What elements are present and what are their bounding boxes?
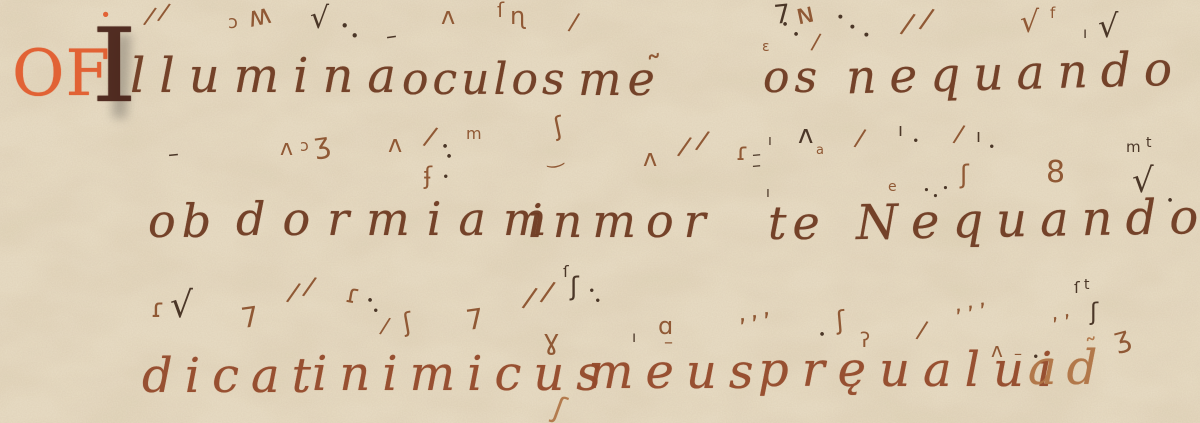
neume-glyph: ∕	[378, 315, 391, 338]
neume-glyph: ʌ	[388, 132, 402, 156]
text-word-llumina: llumina	[130, 52, 410, 100]
neume-glyph: ſ	[1074, 280, 1080, 296]
neume-glyph: 8	[1046, 158, 1065, 188]
neume-glyph: ’	[1051, 316, 1062, 339]
neume-glyph: √	[1098, 10, 1118, 42]
neume-glyph: ’	[954, 305, 966, 330]
neume-glyph: a	[816, 144, 824, 157]
text-word-oculos: oculos	[402, 58, 569, 102]
neume-glyph: √	[310, 4, 329, 34]
neume-glyph: ʃ	[835, 308, 846, 335]
neume-glyph: ı	[976, 128, 981, 146]
neume-glyph: ’	[966, 302, 978, 327]
neume-glyph: √	[170, 288, 193, 324]
neume-glyph: ∙	[442, 170, 450, 182]
neume-glyph: ∙	[848, 20, 857, 34]
neume-glyph: ∕	[521, 283, 539, 313]
neume-glyph: ſ	[563, 264, 569, 280]
neume-glyph: ∕	[952, 121, 966, 146]
neume-glyph: √	[1020, 8, 1039, 38]
neume-glyph: ∙	[792, 28, 800, 41]
neume-glyph: ɔ	[300, 138, 309, 154]
neume-glyph: 7	[239, 303, 261, 333]
neume-glyph: ∕	[918, 4, 936, 34]
neume-glyph: ∙	[340, 18, 349, 33]
text-word-dormiam: dormiam	[236, 196, 564, 242]
neume-glyph: ∕	[915, 317, 929, 342]
neume-glyph: ı	[768, 134, 772, 148]
neume-glyph: ∙	[862, 28, 871, 42]
text-word-Nequando: Nequando	[856, 193, 1200, 247]
neume-glyph: ’	[749, 312, 762, 339]
neume-glyph: ɴ	[793, 0, 816, 30]
neume-glyph: ʒ	[1111, 322, 1134, 353]
neume-glyph: t	[1084, 278, 1090, 292]
text-word-os: os	[763, 56, 822, 100]
neume-glyph: ∕	[285, 279, 301, 306]
neume-glyph: ı	[1083, 26, 1087, 41]
text-word-ob: ob	[148, 198, 217, 244]
neume-glyph: f	[1050, 6, 1055, 21]
neume-glyph: e	[888, 180, 897, 194]
neume-glyph: ’	[978, 299, 990, 324]
neume-glyph: ʌ	[798, 122, 813, 148]
neume-glyph: m	[1126, 140, 1141, 155]
neume-glyph: ’	[761, 309, 774, 336]
neume-glyph: 7	[464, 305, 486, 335]
neume-glyph: ∕	[539, 277, 557, 307]
neume-glyph: ʃ	[570, 274, 579, 300]
text-word-inimicus: inimicus	[312, 350, 613, 398]
neume-glyph: ∙	[445, 150, 453, 163]
text-word-prualui: pręualui	[758, 346, 1065, 394]
neume-glyph: ∙	[942, 182, 949, 193]
text-word-nequando: nequando	[845, 46, 1185, 102]
neume-glyph: –	[385, 25, 399, 48]
neume-glyph: ∕	[694, 127, 710, 154]
neume-glyph: ∙	[372, 304, 380, 316]
neume-glyph: ʌ	[280, 138, 293, 160]
text-word-meus: meus	[588, 348, 765, 396]
neume-glyph: ∕	[422, 123, 439, 150]
neume-glyph: –	[751, 157, 762, 176]
neume-glyph: ∙	[988, 140, 996, 152]
manuscript-page: ∕∕ɔʍ√∙∙–ʌſɳ∕7ɴ∙∙∙ɛ∙∙∕∕∕√fı√∙˜–ʌɔʒʌ∕∙∙ʄ∙m…	[0, 0, 1200, 423]
neume-glyph: ʒ	[312, 129, 332, 159]
text-word-dicat: dicat	[142, 352, 323, 400]
neume-glyph: ∙	[781, 18, 789, 31]
neume-glyph: ʌ	[643, 146, 657, 170]
neume-glyph: ʍ	[245, 0, 273, 32]
neume-glyph: ɳ	[510, 4, 525, 28]
neume-glyph: ∙	[818, 328, 826, 341]
neume-glyph: t	[1146, 136, 1152, 150]
neume-glyph: ‿	[544, 145, 563, 167]
neume-glyph: ʃ	[960, 162, 969, 188]
neume-glyph: ∙	[594, 294, 602, 306]
text-word-inmor: inmor	[528, 198, 716, 244]
neume-glyph: ∕	[853, 125, 867, 150]
neume-glyph: ʃ	[1090, 300, 1098, 324]
neume-glyph: ſ	[497, 0, 504, 20]
neume-glyph: ∙	[350, 28, 359, 43]
neume-glyph: ʃ	[401, 309, 414, 336]
text-word-ad: ad	[1028, 344, 1107, 392]
neume-glyph: ∙	[912, 134, 920, 146]
neume-glyph: ∕	[899, 9, 917, 39]
neume-glyph: ∕	[301, 273, 317, 300]
text-word-me: me	[578, 56, 661, 102]
neume-glyph: ∕	[676, 133, 692, 160]
neume-glyph: m	[466, 126, 482, 142]
neume-glyph: ∙	[836, 10, 845, 24]
neume-glyph: ’	[737, 315, 750, 342]
neume-glyph: ɾ	[344, 281, 362, 309]
neume-glyph: ı	[898, 122, 903, 140]
text-word-te: te	[768, 200, 826, 246]
neume-glyph: ʄ	[424, 164, 432, 188]
neume-glyph: ı	[632, 330, 636, 345]
neume-glyph: –	[167, 143, 180, 166]
neume-glyph: ʃ	[551, 113, 565, 140]
neume-glyph: ’	[1063, 313, 1074, 336]
neume-glyph: ∕	[567, 9, 581, 34]
neume-glyph: ɾ	[151, 296, 165, 322]
neume-glyph: ɔ	[228, 14, 238, 32]
neume-glyph: ∕	[156, 0, 171, 25]
neume-glyph: ɾ	[736, 140, 749, 164]
neume-glyph: ∕	[142, 3, 157, 28]
neume-glyph: ʌ	[441, 4, 455, 28]
